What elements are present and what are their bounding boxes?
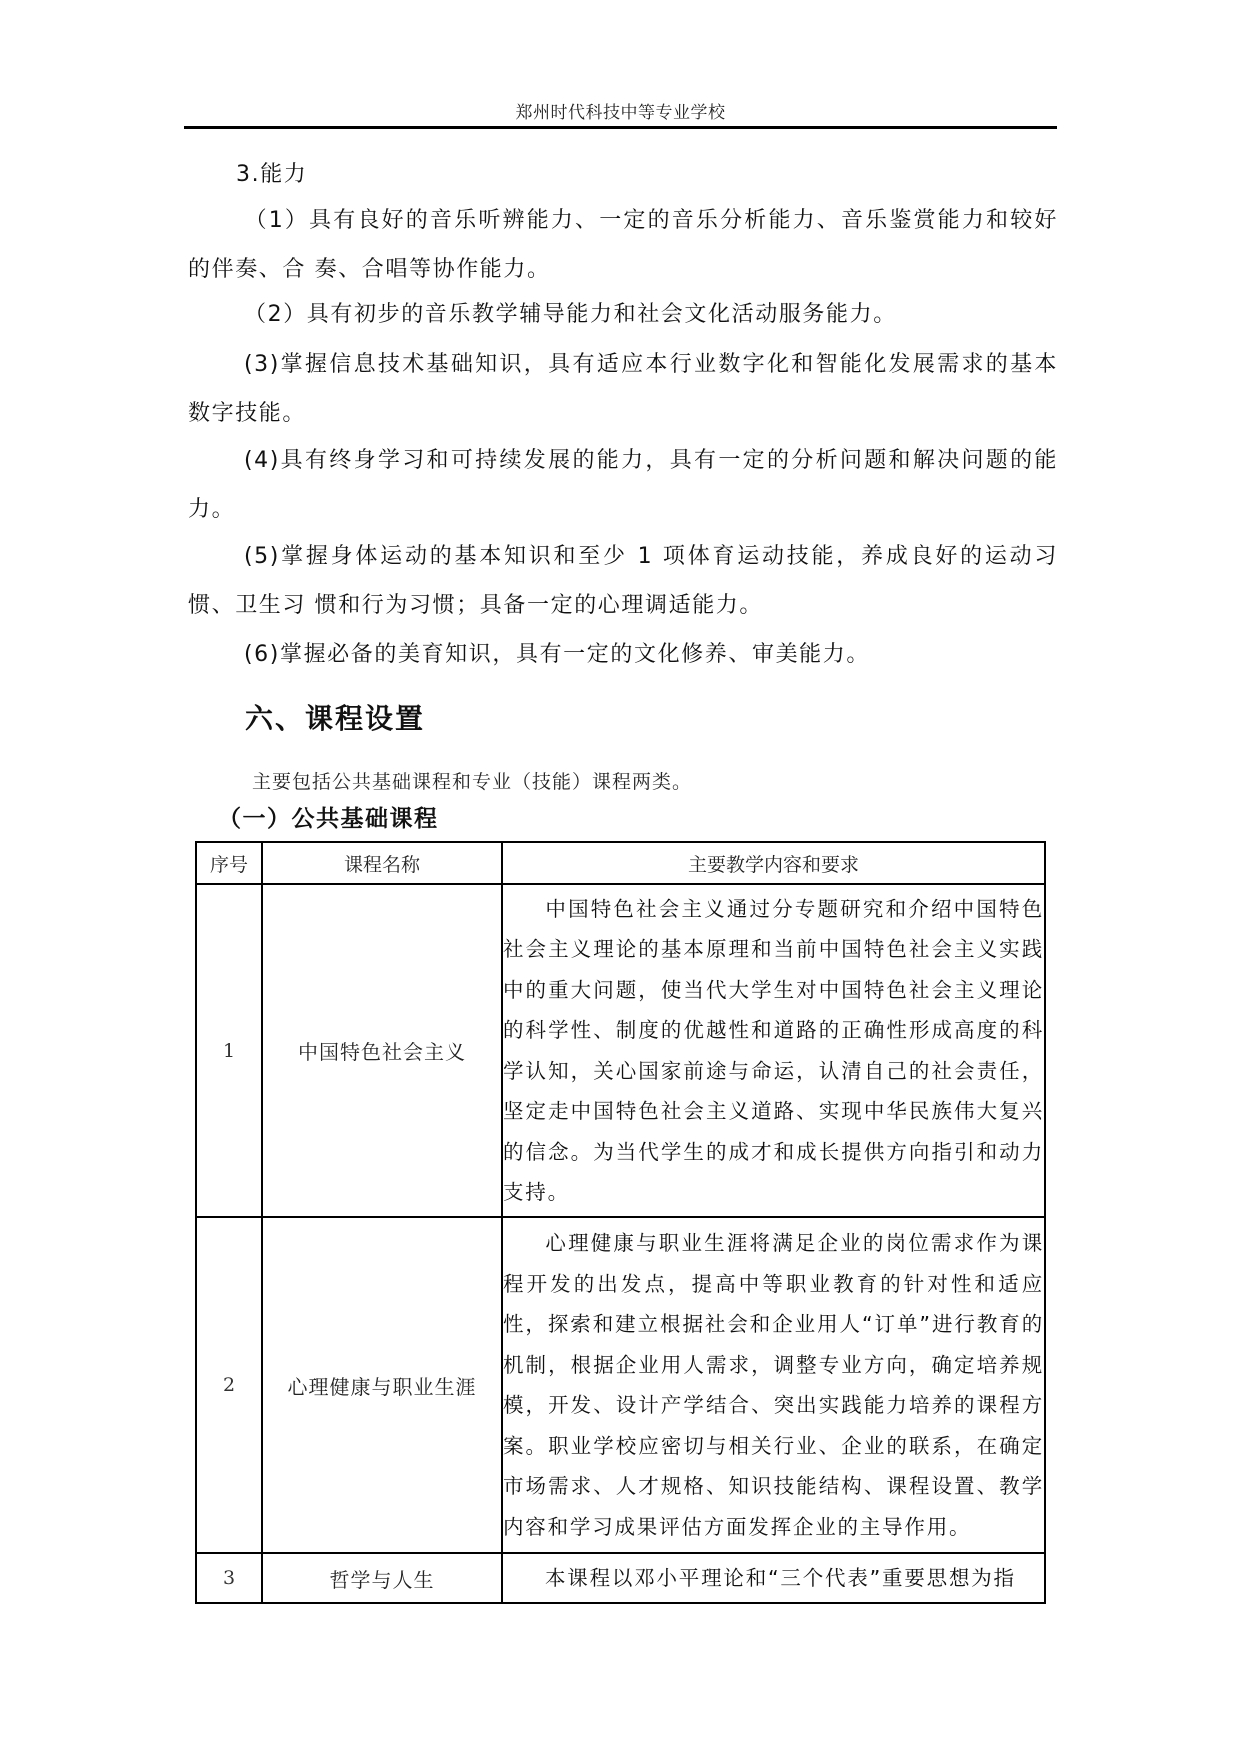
row-no: 3 [196, 1553, 262, 1603]
section-title-course-setup: 六、课程设置 [245, 697, 425, 737]
ability-item-6-text: (6)掌握必备的美育知识，具有一定的文化修养、审美能力。 [244, 642, 870, 667]
ability-heading: 3.能力 [236, 150, 1106, 199]
ability-item-3: (3)掌握信息技术基础知识，具有适应本行业数字化和智能化发展需求的基本数字技能。 [188, 340, 1058, 438]
header-rule [184, 126, 1057, 129]
ability-item-3-text: (3)掌握信息技术基础知识，具有适应本行业数字化和智能化发展需求的基本数字技能。 [188, 352, 1058, 426]
page-header-school-name: 郑州时代科技中等专业学校 [184, 98, 1057, 123]
row-course-name: 中国特色社会主义 [262, 884, 502, 1217]
column-header-no: 序号 [196, 842, 262, 884]
row-description-text: 心理健康与职业生涯将满足企业的岗位需求作为课程开发的出发点，提高中等职业教育的针… [503, 1231, 1044, 1539]
column-header-course-name: 课程名称 [262, 842, 502, 884]
row-no: 2 [196, 1217, 262, 1553]
ability-item-4: (4)具有终身学习和可持续发展的能力，具有一定的分析问题和解决问题的能力。 [188, 436, 1058, 534]
course-section-intro: 主要包括公共基础课程和专业（技能）课程两类。 [252, 767, 692, 794]
ability-item-1: （1）具有良好的音乐听辨能力、一定的音乐分析能力、音乐鉴赏能力和较好的伴奏、合 … [188, 196, 1058, 294]
row-no: 1 [196, 884, 262, 1217]
ability-item-4-text: (4)具有终身学习和可持续发展的能力，具有一定的分析问题和解决问题的能力。 [188, 448, 1058, 522]
row-course-name: 心理健康与职业生涯 [262, 1217, 502, 1553]
ability-item-1-text: （1）具有良好的音乐听辨能力、一定的音乐分析能力、音乐鉴赏能力和较好的伴奏、合 … [188, 208, 1058, 282]
ability-item-5: (5)掌握身体运动的基本知识和至少 1 项体育运动技能，养成良好的运动习惯、卫生… [188, 532, 1058, 630]
ability-item-2: （2）具有初步的音乐教学辅导能力和社会文化活动服务能力。 [188, 290, 1058, 339]
column-header-content: 主要教学内容和要求 [502, 842, 1045, 884]
ability-item-2-text: （2）具有初步的音乐教学辅导能力和社会文化活动服务能力。 [244, 302, 897, 327]
row-description-text: 本课程以邓小平理论和“三个代表”重要思想为指 [545, 1566, 1016, 1590]
ability-item-5-text: (5)掌握身体运动的基本知识和至少 1 项体育运动技能，养成良好的运动习惯、卫生… [188, 544, 1058, 618]
table-header-row: 序号 课程名称 主要教学内容和要求 [196, 842, 1045, 884]
table-row: 3 哲学与人生 本课程以邓小平理论和“三个代表”重要思想为指 [196, 1553, 1045, 1603]
ability-item-6: (6)掌握必备的美育知识，具有一定的文化修养、审美能力。 [188, 630, 1058, 679]
row-description: 心理健康与职业生涯将满足企业的岗位需求作为课程开发的出发点，提高中等职业教育的针… [502, 1217, 1045, 1553]
table-row: 2 心理健康与职业生涯 心理健康与职业生涯将满足企业的岗位需求作为课程开发的出发… [196, 1217, 1045, 1553]
row-description: 中国特色社会主义通过分专题研究和介绍中国特色社会主义理论的基本原理和当前中国特色… [502, 884, 1045, 1217]
public-courses-table: 序号 课程名称 主要教学内容和要求 1 中国特色社会主义 中国特色社会主义通过分… [195, 841, 1046, 1604]
row-course-name: 哲学与人生 [262, 1553, 502, 1603]
row-description-text: 中国特色社会主义通过分专题研究和介绍中国特色社会主义理论的基本原理和当前中国特色… [503, 897, 1044, 1205]
subsection-title-public-courses: （一）公共基础课程 [218, 800, 439, 833]
row-description: 本课程以邓小平理论和“三个代表”重要思想为指 [502, 1553, 1045, 1603]
table-row: 1 中国特色社会主义 中国特色社会主义通过分专题研究和介绍中国特色社会主义理论的… [196, 884, 1045, 1217]
